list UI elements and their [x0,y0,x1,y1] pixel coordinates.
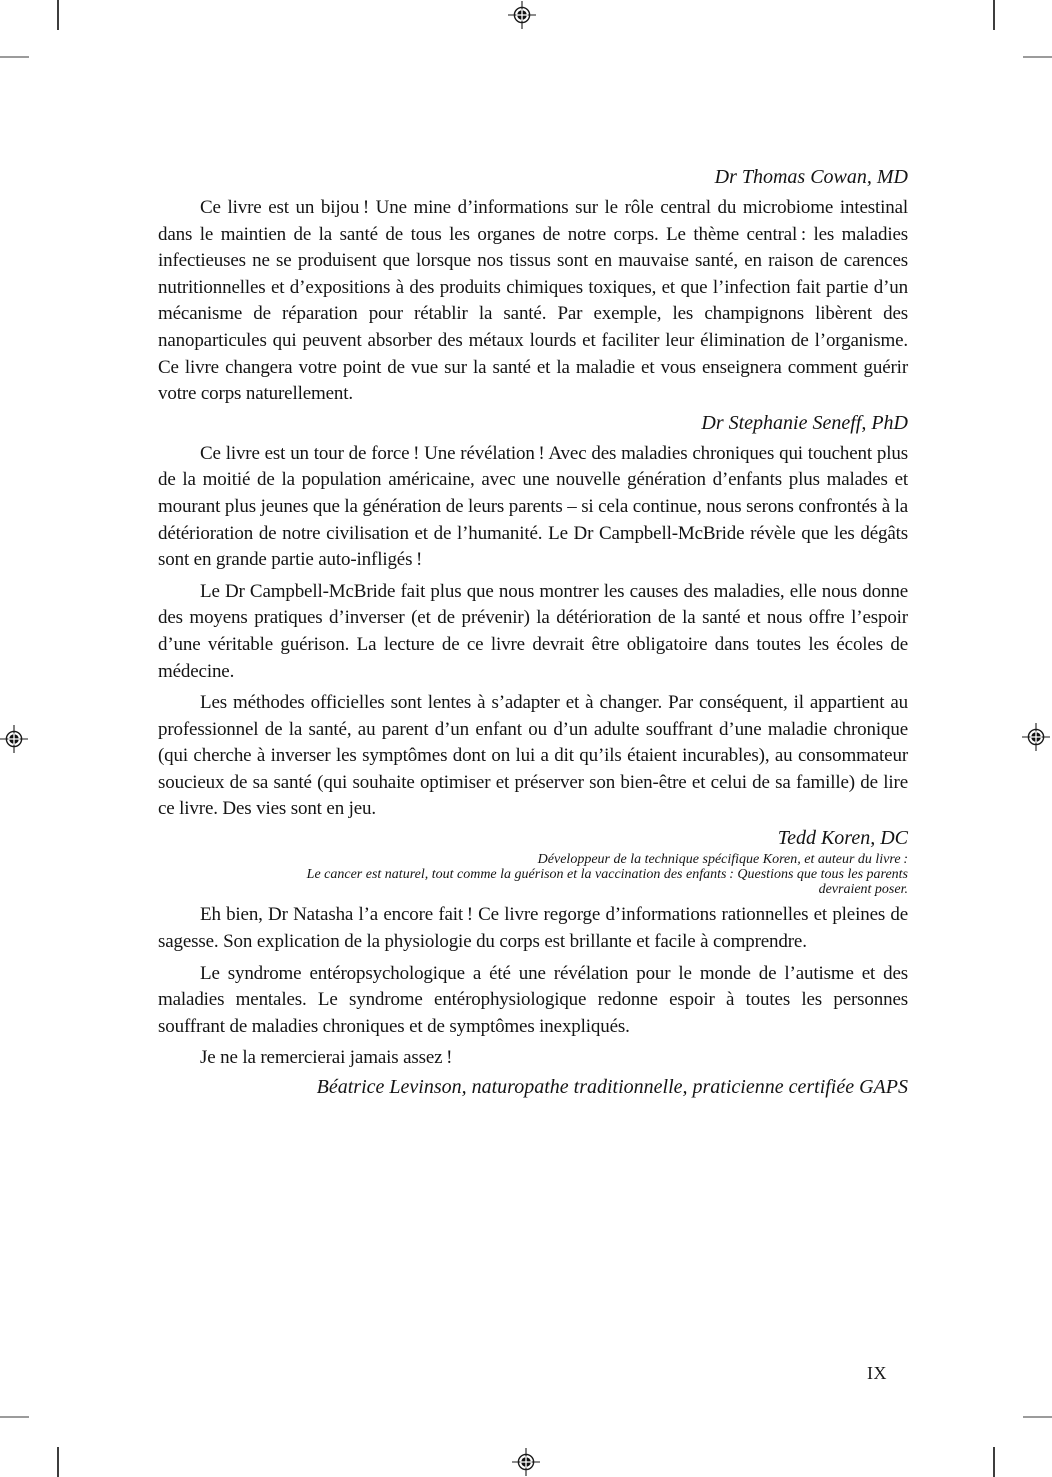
testimonial-paragraph: Eh bien, Dr Natasha l’a encore fait ! Ce… [158,902,908,955]
crop-mark-top-right-vertical [993,0,995,30]
crop-mark-bottom-left-vertical [57,1447,59,1477]
testimonial-paragraph: Les méthodes officielles sont lentes à s… [158,690,908,823]
crop-mark-top-left-vertical [57,0,59,30]
attribution-note-line: devraient poser. [158,883,908,898]
attribution-note-line: Développeur de la technique spécifique K… [158,853,908,868]
testimonial-attribution-levinson: Béatrice Levinson, naturopathe tradition… [158,1074,908,1100]
book-page: Dr Thomas Cowan, MD Ce livre est un bijo… [0,0,1052,1477]
crop-mark-top-right-horizontal [1023,56,1052,58]
crop-mark-top-left-horizontal [0,56,29,58]
registration-mark-icon [511,1447,541,1477]
testimonial-paragraph: Le syndrome entéropsychologique a été un… [158,961,908,1041]
testimonial-attribution-seneff: Dr Stephanie Seneff, PhD [158,410,908,436]
testimonial-paragraph: Le Dr Campbell-McBride fait plus que nou… [158,579,908,685]
registration-mark-icon [1021,722,1051,752]
testimonial-paragraph: Je ne la remercierai jamais assez ! [158,1045,908,1072]
page-content: Dr Thomas Cowan, MD Ce livre est un bijo… [158,0,908,1100]
crop-mark-bottom-right-horizontal [1023,1416,1052,1418]
testimonial-paragraph: Ce livre est un bijou ! Une mine d’infor… [158,195,908,408]
attribution-note-line: Le cancer est naturel, tout comme la gué… [158,868,908,883]
testimonial-attribution-koren: Tedd Koren, DC [158,825,908,851]
crop-mark-bottom-left-horizontal [0,1416,29,1418]
testimonial-paragraph: Ce livre est un tour de force ! Une révé… [158,441,908,574]
attribution-note: Développeur de la technique spécifique K… [158,853,908,897]
registration-mark-icon [0,724,29,754]
page-number: IX [847,1363,907,1384]
testimonial-attribution-cowan: Dr Thomas Cowan, MD [158,164,908,190]
crop-mark-bottom-right-vertical [993,1447,995,1477]
